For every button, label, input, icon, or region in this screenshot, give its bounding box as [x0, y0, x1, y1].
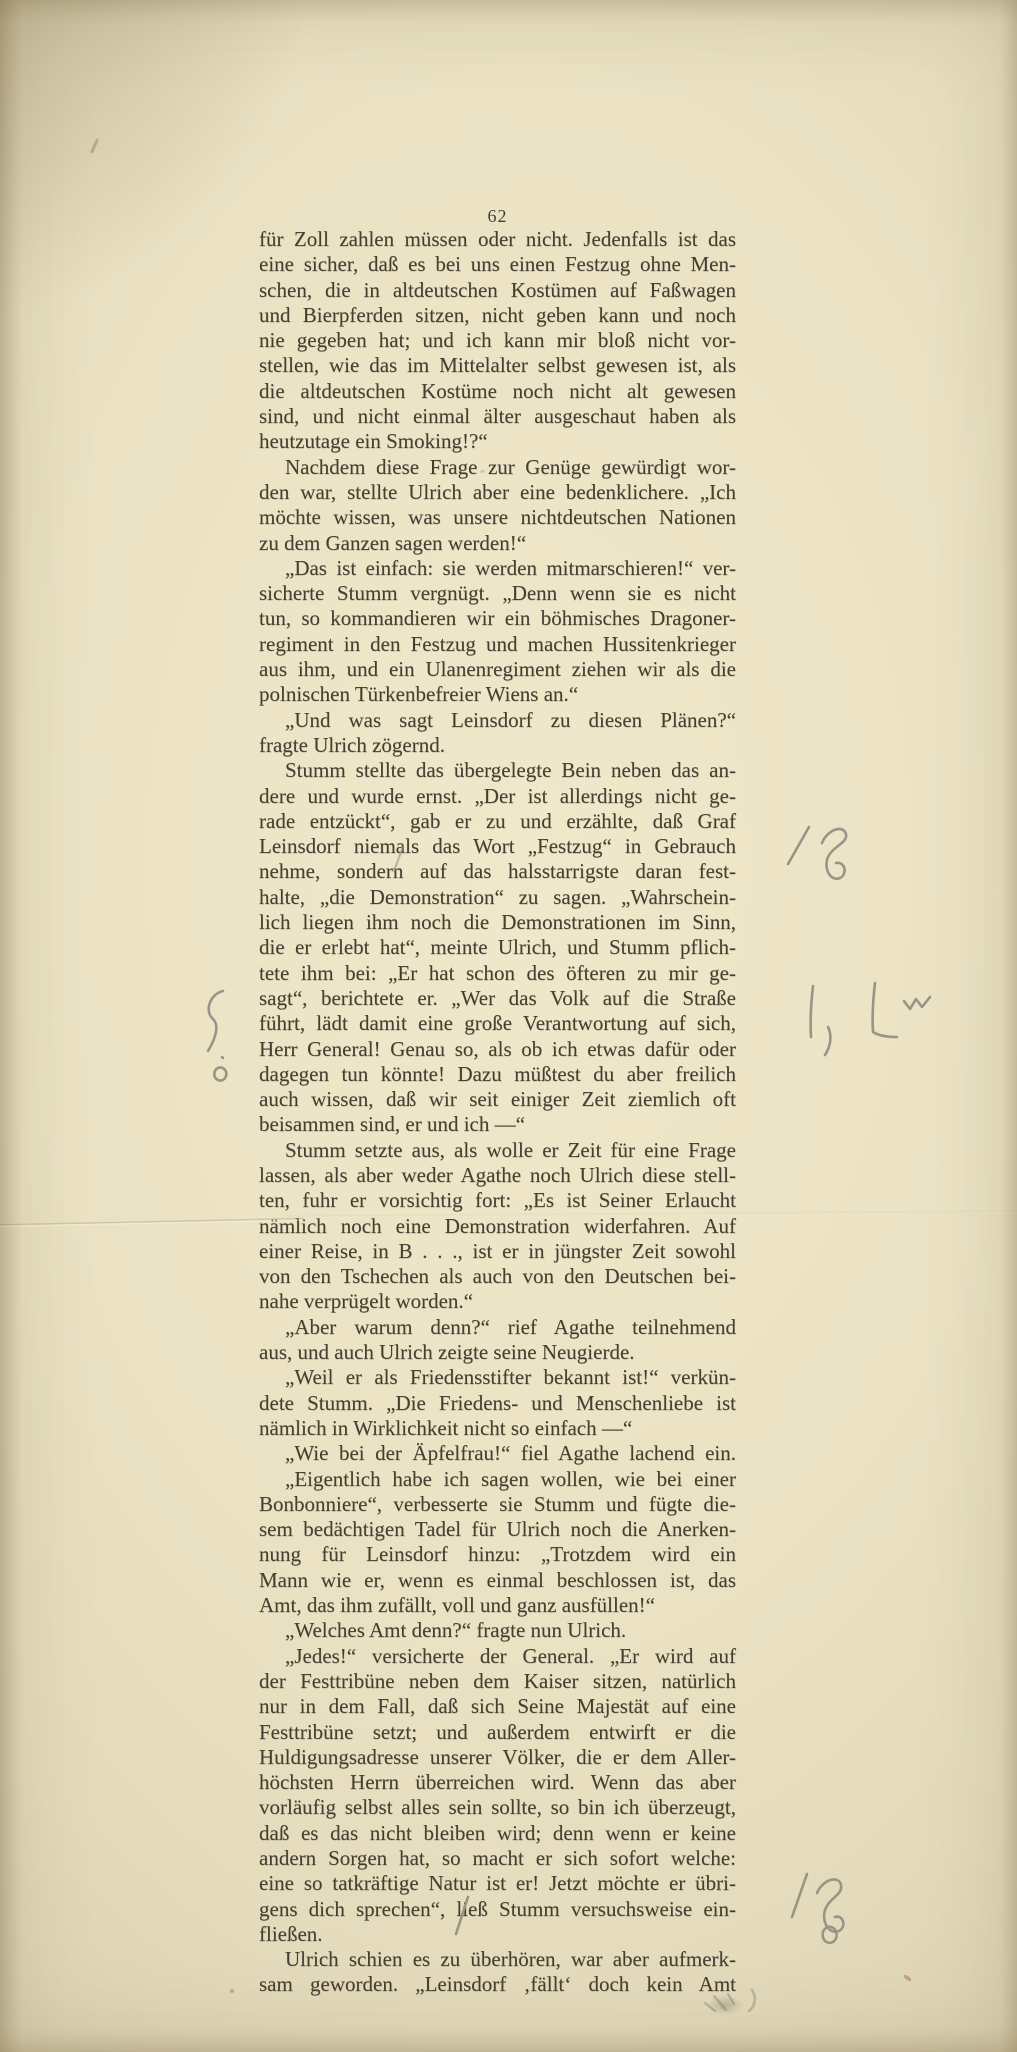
text-line: die altdeutschen Kostüme noch nicht alt … — [259, 379, 736, 404]
text-line: beisammen sind, er und ich —“ — [259, 1112, 736, 1137]
text-line: „Wie bei der Äpfelfrau!“ fiel Agathe lac… — [259, 1441, 736, 1466]
text-line: aus, und auch Ulrich zeigte seine Neugie… — [259, 1340, 736, 1365]
text-line: der Festtribüne neben dem Kaiser sitzen,… — [259, 1669, 736, 1694]
text-line: nie gegeben hat; und ich kann mir bloß n… — [259, 328, 736, 353]
text-line: Amt, das ihm zufällt, voll und ganz ausf… — [259, 1593, 736, 1618]
text-line: Festtribüne setzt; und außerdem entwirft… — [259, 1720, 736, 1745]
text-line: Nachdem diese Frage zur Genüge gewürdigt… — [259, 455, 736, 480]
text-line: nehme, sondern auf das halsstarrigste da… — [259, 859, 736, 884]
text-line: höchsten Herrn überreichen wird. Wenn da… — [259, 1770, 736, 1795]
text-line: „Und was sagt Leinsdorf zu diesen Plänen… — [259, 708, 736, 733]
text-line: Ulrich schien es zu überhören, war aber … — [259, 1947, 736, 1972]
text-line: sind, und nicht einmal älter ausgeschaut… — [259, 404, 736, 429]
text-line: nur in dem Fall, daß sich Seine Majestät… — [259, 1694, 736, 1719]
text-line: sagt“, berichtete er. „Wer das Volk auf … — [259, 986, 736, 1011]
text-line: regiment in den Festzug und machen Hussi… — [259, 632, 736, 657]
scan-corner-shading — [0, 0, 300, 320]
text-line: Stumm setzte aus, als wolle er Zeit für … — [259, 1138, 736, 1163]
pencil-note-bottom-right — [749, 1874, 843, 2011]
text-line: heutzutage ein Smoking!?“ — [259, 429, 736, 454]
text-line: Huldigungsadresse unserer Völker, die er… — [259, 1745, 736, 1770]
text-block: für Zoll zahlen müssen oder nicht. Jeden… — [259, 227, 736, 1998]
text-line: fragte Ulrich zögernd. — [259, 733, 736, 758]
text-line: nämlich noch eine Demonstration widerfah… — [259, 1214, 736, 1239]
text-line: den war, stellte Ulrich aber eine bedenk… — [259, 480, 736, 505]
text-line: möchte wissen, was unsere nichtdeutschen… — [259, 505, 736, 530]
text-line: gens dich sprechen“, ließ Stumm versuchs… — [259, 1897, 736, 1922]
pencil-note-right-mid — [811, 983, 930, 1055]
paper-speck — [90, 138, 99, 154]
text-line: dete Stumm. „Die Friedens- und Menschenl… — [259, 1391, 736, 1416]
text-line: andern Sorgen hat, so macht er sich sofo… — [259, 1846, 736, 1871]
text-line: sem bedächtigen Tadel für Ulrich noch di… — [259, 1517, 736, 1542]
text-line: nung für Leinsdorf hinzu: „Trotzdem wird… — [259, 1542, 736, 1567]
text-line: aus ihm, und ein Ulanenregiment ziehen w… — [259, 657, 736, 682]
text-line: auch wissen, daß wir seit einiger Zeit z… — [259, 1087, 736, 1112]
text-line: tete ihm bei: „Er hat schon des öfteren … — [259, 961, 736, 986]
text-line: „Das ist einfach: sie werden mitmarschie… — [259, 556, 736, 581]
text-line: die er erlebt hat“, meinte Ulrich, und S… — [259, 935, 736, 960]
text-line: nämlich in Wirklichkeit nicht so einfach… — [259, 1416, 736, 1441]
text-line: sicherte Stumm vergnügt. „Denn wenn sie … — [259, 581, 736, 606]
text-line: dere und wurde ernst. „Der ist allerding… — [259, 784, 736, 809]
text-line: einer Reise, in B . . ., ist er in jüngs… — [259, 1239, 736, 1264]
paper-speck — [903, 1974, 913, 1982]
text-line: sam geworden. „Leinsdorf ‚fällt‘ doch ke… — [259, 1972, 736, 1997]
text-line: Leinsdorf niemals das Wort „Festzug“ in … — [259, 834, 736, 859]
book-page-scan: 62 für Zoll zahlen müssen oder nicht. Je… — [0, 0, 1017, 2052]
text-line: dagegen tun könnte! Dazu müßtest du aber… — [259, 1062, 736, 1087]
pencil-note-right-upper — [788, 827, 846, 879]
text-line: tun, so kommandieren wir ein böhmisches … — [259, 606, 736, 631]
text-line: vorläufig selbst alles sein sollte, so b… — [259, 1795, 736, 1820]
text-line: zu dem Ganzen sagen werden!“ — [259, 531, 736, 556]
text-line: eine sicher, daß es bei uns einen Festzu… — [259, 252, 736, 277]
text-line: rade entzückt“, gab er zu und erzählte, … — [259, 809, 736, 834]
text-line: „Weil er als Friedensstifter bekannt ist… — [259, 1365, 736, 1390]
text-line: führt, lädt damit eine große Verantwortu… — [259, 1011, 736, 1036]
text-line: stellen, wie das im Mittelalter selbst g… — [259, 353, 736, 378]
text-line: schen, die in altdeutschen Kostümen auf … — [259, 278, 736, 303]
text-line: Mann wie er, wenn es einmal beschlossen … — [259, 1568, 736, 1593]
page-number: 62 — [259, 205, 736, 227]
text-line: nahe verprügelt worden.“ — [259, 1289, 736, 1314]
text-line: ten, fuhr er vorsichtig fort: „Es ist Se… — [259, 1188, 736, 1213]
text-line: lich liegen ihm noch die Demonstrationen… — [259, 910, 736, 935]
text-line: eine so tatkräftige Natur ist er! Jetzt … — [259, 1871, 736, 1896]
text-line: Herr General! Genau so, als ob ich etwas… — [259, 1037, 736, 1062]
text-line: und Bierpferden sitzen, nicht geben kann… — [259, 303, 736, 328]
text-line: Bonbonniere“, verbesserte sie Stumm und … — [259, 1492, 736, 1517]
text-line: polnischen Türkenbefreier Wiens an.“ — [259, 682, 736, 707]
text-line: für Zoll zahlen müssen oder nicht. Jeden… — [259, 227, 736, 252]
text-line: von den Tschechen als auch von den Deuts… — [259, 1264, 736, 1289]
text-line: „Jedes!“ versicherte der General. „Er wi… — [259, 1644, 736, 1669]
text-line: daß es das nicht bleiben wird; denn wenn… — [259, 1821, 736, 1846]
text-line: Stumm stellte das übergelegte Bein neben… — [259, 758, 736, 783]
text-line: „Welches Amt denn?“ fragte nun Ulrich. — [259, 1618, 736, 1643]
text-line: „Eigentlich habe ich sagen wollen, wie b… — [259, 1467, 736, 1492]
text-line: lassen, als aber weder Agathe noch Ulric… — [259, 1163, 736, 1188]
text-line: „Aber warum denn?“ rief Agathe teilnehme… — [259, 1315, 736, 1340]
paper-speck — [230, 1989, 234, 1993]
text-line: fließen. — [259, 1922, 736, 1947]
text-line: halte, „die Demonstration“ zu sagen. „Wa… — [259, 885, 736, 910]
pencil-note-left-margin — [208, 991, 226, 1080]
